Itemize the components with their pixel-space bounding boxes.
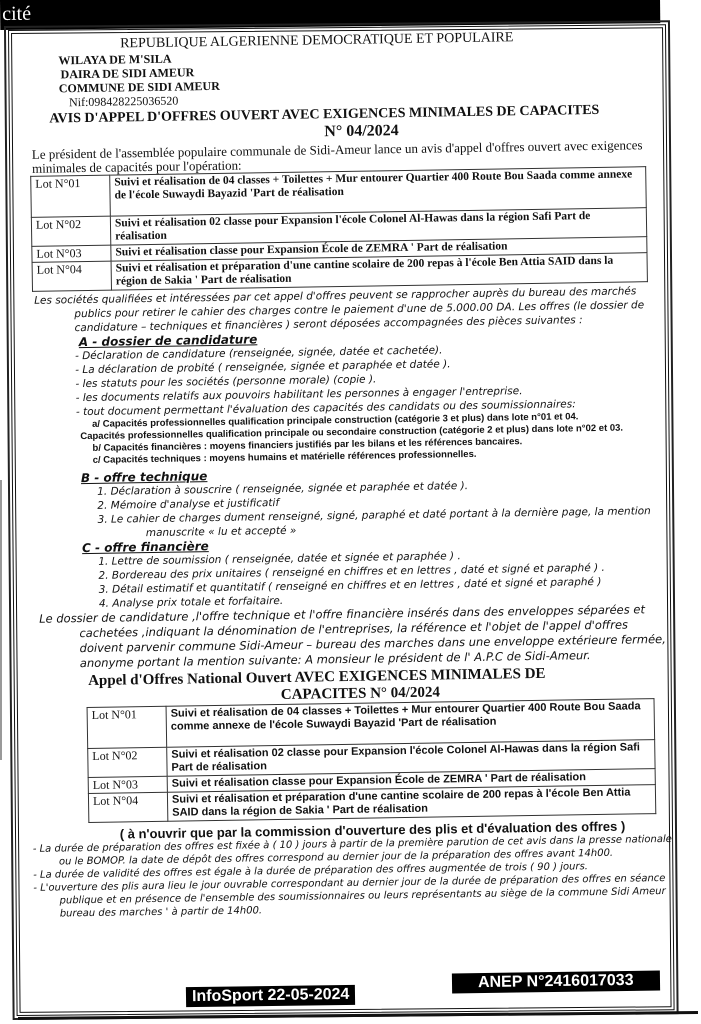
lot-number: Lot N°04 [88, 792, 167, 822]
lot-number: Lot N°03 [32, 245, 111, 262]
section-a-list: - Déclaration de candidature (renseignée… [75, 340, 666, 419]
lots-table: Lot N°01Suivi et réalisation de 04 class… [30, 166, 648, 292]
notice-content: REPUBLIQUE ALGERIENNE DEMOCRATIQUE ET PO… [20, 26, 674, 921]
closing-list: - La durée de préparation des offres est… [33, 833, 674, 921]
lot-number: Lot N°02 [88, 747, 167, 777]
scan-artifact [0, 480, 2, 760]
admin-block: WILAYA DE M'SILA DAIRA DE SIDI AMEUR COM… [58, 44, 661, 109]
section-tag: cité [2, 3, 31, 26]
anep-tag: ANEP N°2416017033 [452, 971, 660, 994]
footer-tags: InfoSport 22-05-2024 ANEP N°2416017033 [0, 972, 701, 1012]
envelope-paragraph: Le dossier de candidature ,l'offre techn… [39, 602, 670, 672]
lot-number: Lot N°04 [32, 261, 111, 291]
lot-number: Lot N°03 [88, 776, 167, 793]
lot-number: Lot N°01 [87, 706, 167, 748]
lot-number: Lot N°01 [31, 175, 111, 217]
lot-number: Lot N°02 [31, 216, 110, 246]
section-b-list: 1. Déclaration à souscrire ( renseignée,… [97, 476, 668, 541]
publication-tag: InfoSport 22-05-2024 [186, 985, 356, 1007]
section-c-list: 1. Lettre de soumission ( renseignée, da… [98, 546, 669, 611]
lots-table-2: Lot N°01Suivi et réalisation de 04 class… [87, 698, 657, 823]
